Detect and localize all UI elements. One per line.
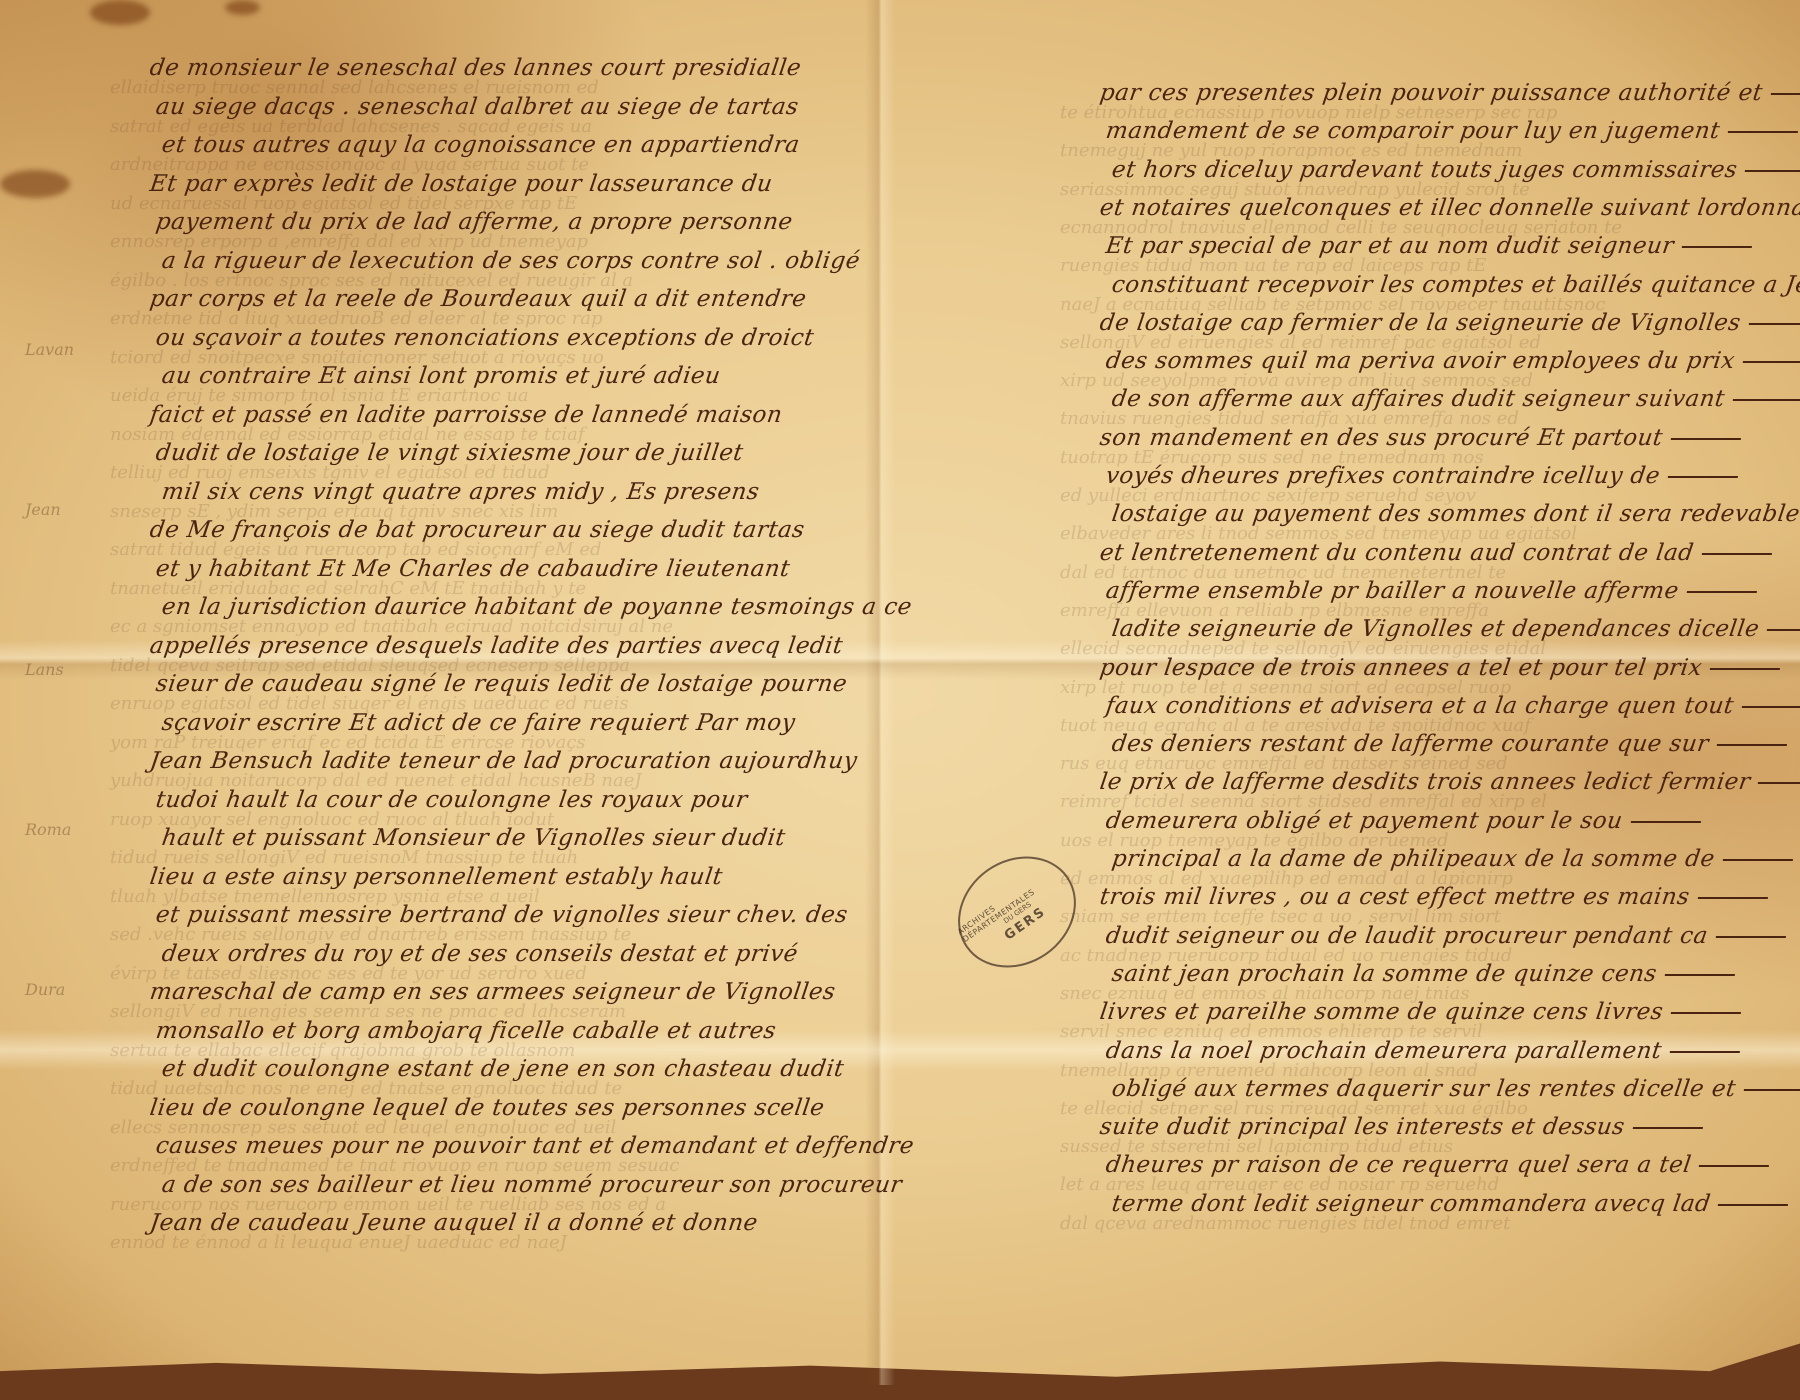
manuscript-line: dudit seigneur ou de laudit procureur pe… — [1104, 923, 1788, 949]
manuscript-line: pour lespace de trois annees a tel et po… — [1098, 655, 1782, 681]
manuscript-line: payement du prix de lad afferme, a propr… — [154, 209, 794, 235]
manuscript-line: et y habitant Et Me Charles de cabaudire… — [154, 556, 792, 582]
manuscript-line: le prix de lafferme desdits trois annees… — [1098, 769, 1800, 795]
line-filler-dash — [1718, 1204, 1788, 1206]
manuscript-line: appellés presence desquels ladite des pa… — [148, 633, 845, 659]
line-filler-dash — [1741, 706, 1800, 708]
manuscript-line: a la rigueur de lexecution de ses corps … — [160, 248, 862, 274]
manuscript-line: son mandement en des sus procuré Et part… — [1098, 425, 1742, 451]
line-filler-dash — [1697, 897, 1767, 899]
margin-note: Dura — [25, 980, 65, 999]
line-filler-dash — [1630, 821, 1700, 823]
manuscript-line: des deniers restant de lafferme courante… — [1110, 731, 1788, 757]
line-filler-dash — [1758, 782, 1800, 784]
manuscript-line: de Me françois de bat procureur au siege… — [148, 517, 806, 543]
manuscript-line: lieu a este ainsy personnellement establ… — [148, 864, 724, 890]
manuscript-line: dudit de lostaige le vingt sixiesme jour… — [154, 440, 745, 466]
manuscript-line: en la jurisdiction daurice habitant de p… — [160, 594, 914, 620]
manuscript-line: mareschal de camp en ses armees seigneur… — [148, 979, 837, 1005]
ink-stain — [0, 170, 70, 198]
line-filler-dash — [1743, 361, 1800, 363]
manuscript-line: et notaires quelconques et illec donnell… — [1098, 195, 1800, 221]
manuscript-line: ou sçavoir a toutes renonciations except… — [154, 325, 816, 351]
manuscript-line: mil six cens vingt quatre apres midy , E… — [160, 479, 761, 505]
manuscript-line: ladite seigneurie de Vignolles et depend… — [1110, 616, 1800, 642]
manuscript-line: sieur de caudeau signé le requis ledit d… — [154, 671, 849, 697]
manuscript-line: afferme ensemble pr bailler a nouvelle a… — [1104, 578, 1758, 604]
line-filler-dash — [1686, 591, 1756, 593]
margin-note: Jean — [25, 500, 61, 519]
manuscript-line: suite dudit principal les interests et d… — [1098, 1114, 1704, 1140]
manuscript-line: de son afferme aux affaires dudit seigne… — [1110, 386, 1800, 412]
manuscript-line: et puissant messire bertrand de vignolle… — [154, 902, 849, 928]
manuscript-line: lostaige au payement des sommes dont il … — [1110, 501, 1800, 527]
manuscript-line: causes meues pour ne pouvoir tant et dem… — [154, 1133, 916, 1159]
manuscript-line: par corps et la reele de Bourdeaux quil … — [148, 286, 808, 312]
line-filler-dash — [1717, 744, 1787, 746]
manuscript-line: faict et passé en ladite parroisse de la… — [148, 402, 784, 428]
manuscript-line: par ces presentes plein pouvoir puissanc… — [1098, 80, 1800, 106]
line-filler-dash — [1699, 1165, 1769, 1167]
line-filler-dash — [1710, 668, 1780, 670]
manuscript-line: voyés dheures prefixes contraindre icell… — [1104, 463, 1740, 489]
manuscript-line: Jean Bensuch ladite teneur de lad procur… — [148, 748, 859, 774]
line-filler-dash — [1722, 859, 1792, 861]
line-filler-dash — [1670, 1051, 1740, 1053]
manuscript-line: faux conditions et advisera et a la char… — [1104, 693, 1800, 719]
margin-note: Lavan — [25, 340, 74, 359]
manuscript-line: hault et puissant Monsieur de Vignolles … — [160, 825, 787, 851]
line-filler-dash — [1748, 323, 1800, 325]
manuscript-line: tudoi hault la cour de coulongne les roy… — [154, 787, 749, 813]
manuscript-line: et dudit coulongne estant de jene en son… — [160, 1056, 846, 1082]
manuscript-line: des sommes quil ma periva avoir employee… — [1104, 348, 1800, 374]
manuscript-line: sçavoir escrire Et adict de ce faire req… — [160, 710, 797, 736]
manuscript-line: dheures pr raison de ce requerra quel se… — [1104, 1152, 1771, 1178]
manuscript-line: obligé aux termes daquerir sur les rente… — [1110, 1076, 1800, 1102]
line-filler-dash — [1770, 93, 1800, 95]
manuscript-line: trois mil livres , ou a cest effect mett… — [1098, 884, 1769, 910]
line-filler-dash — [1728, 131, 1798, 133]
ink-stain — [225, 0, 260, 15]
manuscript-line: mandement de se comparoir pour luy en ju… — [1104, 118, 1800, 144]
line-filler-dash — [1744, 1089, 1800, 1091]
manuscript-line: constituant recepvoir les comptes et bai… — [1110, 272, 1800, 298]
manuscript-line: deux ordres du roy et de ses conseils de… — [160, 941, 799, 967]
manuscript-line: terme dont ledit seigneur commandera ave… — [1110, 1191, 1790, 1217]
ink-stain — [90, 0, 150, 25]
manuscript-line: de lostaige cap fermier de la seigneurie… — [1098, 310, 1800, 336]
line-filler-dash — [1733, 399, 1800, 401]
manuscript-line: de monsieur le seneschal des lannes cour… — [148, 55, 803, 81]
line-filler-dash — [1670, 438, 1740, 440]
manuscript-line: Et par exprès ledit de lostaige pour las… — [148, 171, 774, 197]
line-filler-dash — [1632, 1127, 1702, 1129]
manuscript-line: et tous autres aquy la cognoissance en a… — [160, 132, 801, 158]
line-filler-dash — [1716, 936, 1786, 938]
manuscript-line: principal a la dame de philipeaux de la … — [1110, 846, 1794, 872]
manuscript-line: saint jean prochain la somme de quinze c… — [1110, 961, 1736, 987]
line-filler-dash — [1668, 476, 1738, 478]
line-filler-dash — [1665, 974, 1735, 976]
line-filler-dash — [1767, 629, 1800, 631]
manuscript-line: demeurera obligé et payement pour le sou — [1104, 808, 1702, 834]
manuscript-line: livres et pareilhe somme de quinze cens … — [1098, 999, 1743, 1025]
manuscript-line: monsallo et borg ambojarq ficelle caball… — [154, 1018, 778, 1044]
manuscript-line: Jean de caudeau Jeune auquel il a donné … — [148, 1210, 759, 1236]
line-filler-dash — [1701, 553, 1771, 555]
manuscript-line: au siege dacqs . seneschal dalbret au si… — [154, 94, 800, 120]
margin-note: Lans — [25, 660, 64, 679]
manuscript-line: au contraire Et ainsi lont promis et jur… — [160, 363, 722, 389]
manuscript-line: et hors diceluy pardevant touts juges co… — [1110, 157, 1800, 183]
line-filler-dash — [1671, 1012, 1741, 1014]
manuscript-line: a de son ses bailleur et lieu nommé proc… — [160, 1172, 904, 1198]
manuscript-line: lieu de coulongne lequel de toutes ses p… — [148, 1095, 826, 1121]
margin-note: Roma — [25, 820, 71, 839]
manuscript-line: Et par special de par et au nom dudit se… — [1104, 233, 1754, 259]
line-filler-dash — [1745, 170, 1800, 172]
line-filler-dash — [1682, 246, 1752, 248]
manuscript-line: et lentretenement du contenu aud contrat… — [1098, 540, 1773, 566]
manuscript-line: dans la noel prochain demeurera parallem… — [1104, 1038, 1741, 1064]
